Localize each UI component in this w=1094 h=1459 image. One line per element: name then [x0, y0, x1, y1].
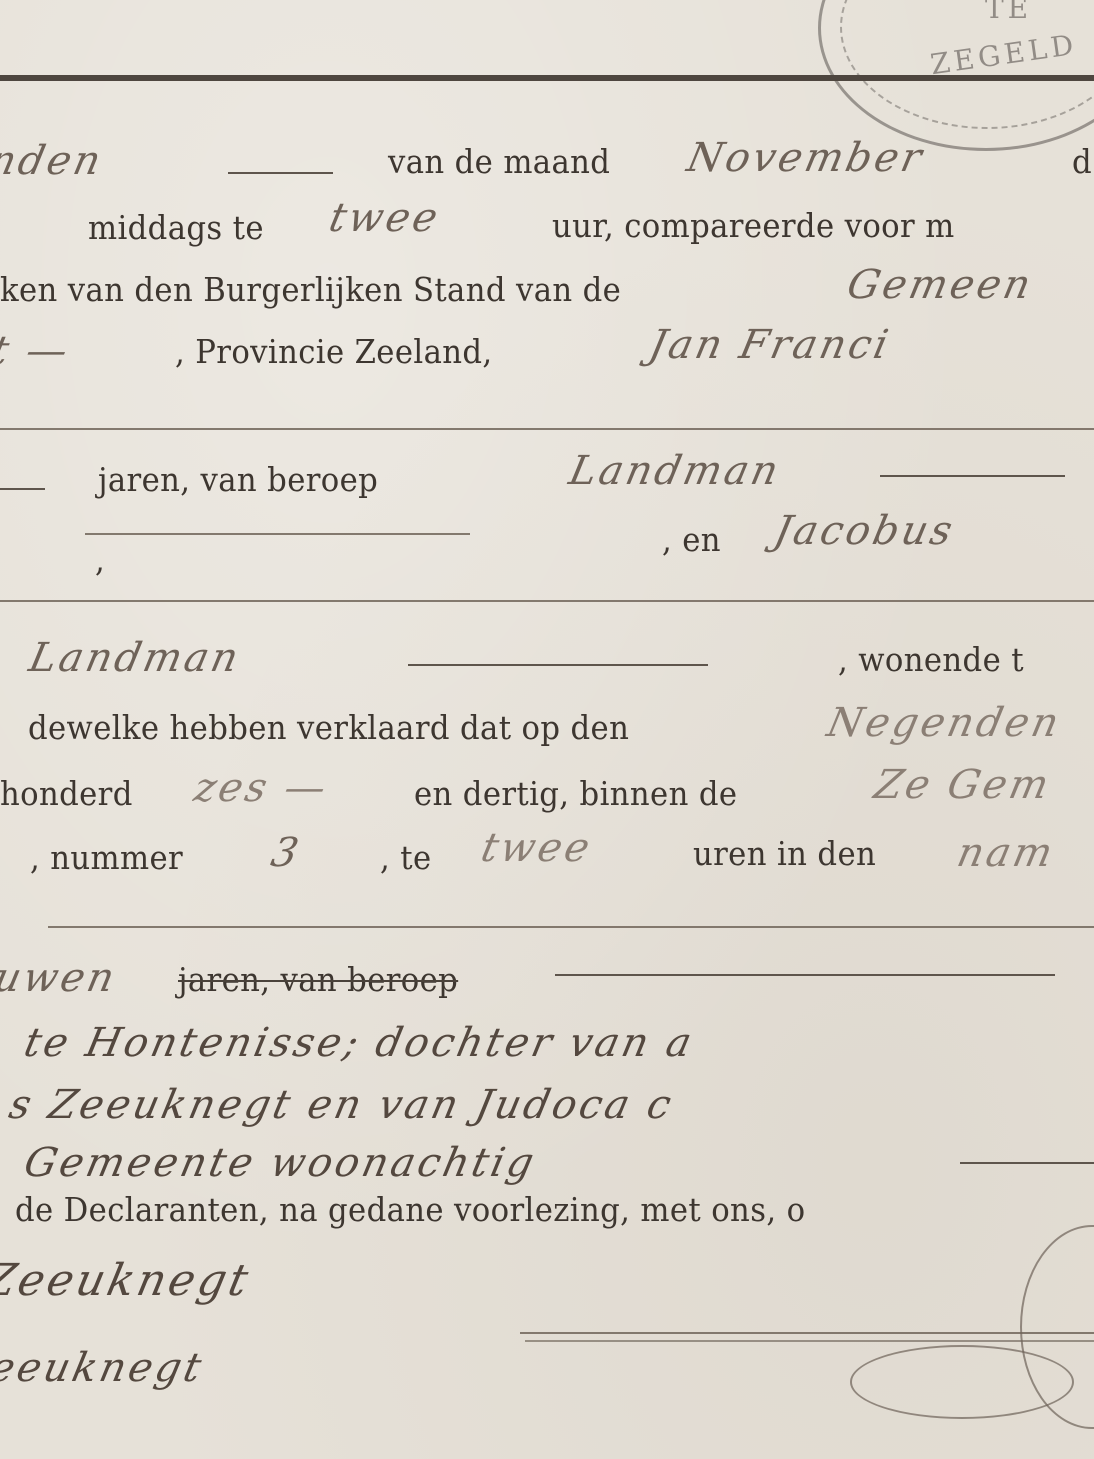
handwritten-gemeente-woonachtig: Gemeente woonachtig	[20, 1140, 541, 1186]
signature-1: Zeeuknegt	[0, 1255, 255, 1306]
handwritten-hour: twee	[325, 195, 444, 241]
handwritten-witness-name: Jacobus	[770, 508, 959, 554]
handwritten-date-day: Negenden	[823, 700, 1066, 746]
header-rule	[0, 75, 1094, 81]
strike-extension-line	[555, 974, 1055, 976]
printed-dewelke-hebben: dewelke hebben verklaard dat op den	[28, 708, 629, 747]
handwritten-namiddag: nam	[953, 830, 1059, 876]
printed-en: , en	[662, 520, 721, 559]
form-rule	[0, 428, 1094, 430]
blank-fill-line	[85, 533, 470, 535]
handwritten-father-and-mother: s Zeeuknegt en van Judoca c	[5, 1082, 678, 1128]
printed-burgerlijke-stand: ken van den Burgerlijken Stand van de	[0, 270, 621, 309]
handwritten-vrouwen: uwen	[0, 955, 121, 1001]
handwritten-municipality-end: t —	[0, 328, 75, 374]
printed-declaranten: de Declaranten, na gedane voorlezing, me…	[15, 1190, 805, 1229]
form-rule	[48, 926, 1094, 928]
printed-van-de-maand: van de maand	[388, 142, 610, 181]
form-rule	[0, 600, 1094, 602]
signature-underline-2	[525, 1340, 1094, 1342]
printed-provincie-zeeland: , Provincie Zeeland,	[175, 332, 493, 371]
printed-middags-te: middags te	[88, 208, 264, 247]
handwritten-section: Ze Gem	[870, 762, 1056, 808]
printed-te: , te	[380, 838, 431, 877]
fill-dash	[0, 488, 45, 490]
handwritten-father-name: Jan Franci	[645, 322, 895, 368]
fill-dash	[228, 172, 333, 174]
handwritten-year: zes —	[190, 765, 333, 811]
printed-tail: d	[1072, 142, 1092, 181]
handwritten-month: November	[683, 135, 928, 181]
handwritten-occupation: Landman	[565, 448, 785, 494]
printed-wonende: , wonende t	[838, 640, 1024, 679]
handwritten-residence-daughter-of: te Hontenisse; dochter van a	[20, 1020, 698, 1066]
document-page: TE ZEGELD nden van de maand November d m…	[0, 0, 1094, 1459]
printed-compareerde: uur, compareerde voor m	[552, 206, 955, 245]
handwritten-day: nden	[0, 138, 108, 184]
printed-jaren-van-beroep: jaren, van beroep	[98, 460, 378, 499]
signature-flourish-loop	[850, 1345, 1074, 1419]
printed-uren-in-den: uren in den	[693, 834, 876, 873]
signature-2: Zeeuknegt	[0, 1345, 208, 1391]
fill-dash	[880, 475, 1065, 477]
handwritten-birth-hour: twee	[477, 825, 596, 871]
printed-en-dertig: en dertig, binnen de	[414, 774, 737, 813]
printed-nummer: , nummer	[30, 838, 183, 877]
handwritten-gemeente: Gemeen	[843, 262, 1037, 308]
printed-honderd: honderd	[0, 774, 133, 813]
signature-underline	[520, 1332, 1094, 1334]
fill-dash	[408, 664, 708, 666]
printed-comma: ,	[95, 540, 105, 579]
printed-struck-jaren-van-beroep: jaren, van beroep	[178, 960, 458, 999]
fill-dash	[960, 1162, 1094, 1164]
stamp-text-te: TE	[985, 0, 1032, 25]
handwritten-house-number: 3	[267, 830, 305, 876]
handwritten-witness-occupation: Landman	[25, 635, 245, 681]
